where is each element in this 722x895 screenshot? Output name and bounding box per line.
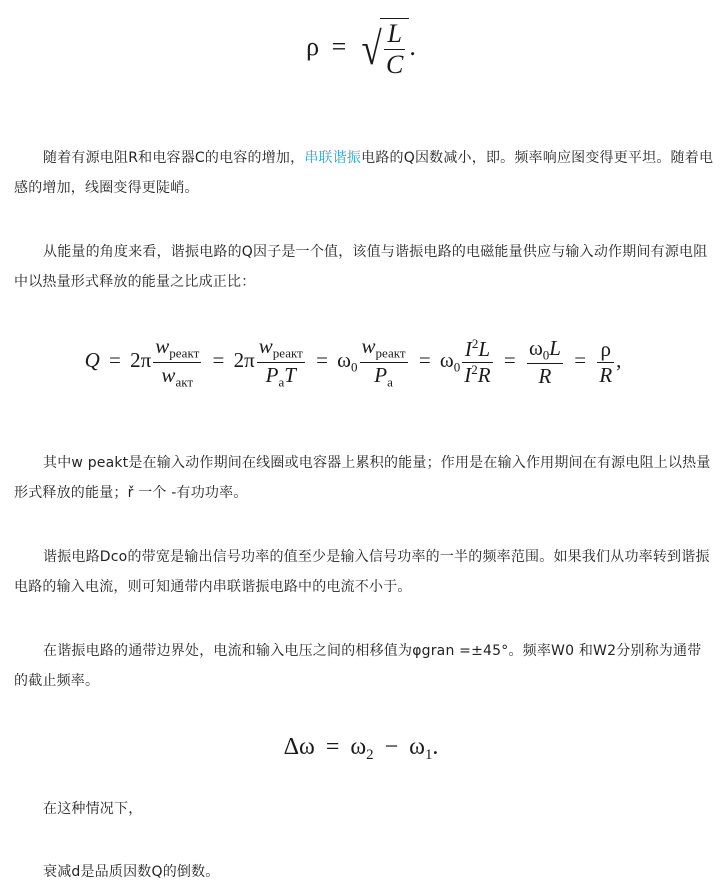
formula-characteristic-impedance: ρ = √ L C . [0, 18, 722, 80]
two-pi: 2π [130, 348, 151, 372]
l-symbol: L [478, 337, 490, 361]
link-series-resonance[interactable]: 串联谐振 [304, 150, 361, 166]
paragraph-attenuation: 衰减d是品质因数Q的倒数。 [14, 857, 714, 887]
numerator: L [384, 19, 405, 49]
period: . [432, 734, 438, 760]
square-root: √ L C [359, 18, 410, 80]
fraction-w0l-over-r: ω0L R [527, 336, 563, 389]
sqrt-icon: √ [361, 22, 381, 75]
equals-sign: = [109, 348, 121, 372]
equals-sign: = [332, 32, 347, 61]
paragraph-in-this-case: 在这种情况下， [14, 794, 714, 824]
paragraph-text: 随着有源电阻R和电容器C的电容的增加， [43, 150, 304, 166]
paragraph-passband-boundary: 在谐振电路的通带边界处，电流和输入电压之间的相移值为φgran =±45°。频率… [14, 636, 714, 696]
subscript-2: 2 [366, 747, 373, 763]
equals-sign: = [213, 348, 225, 372]
subscript-0: 0 [351, 359, 358, 374]
period: . [409, 32, 416, 61]
sqrt-body: L C [380, 18, 409, 80]
equals-sign: = [316, 348, 328, 372]
fraction-w-reakt-over-w-akt: wреакт wакт [153, 334, 201, 390]
r-symbol: R [539, 364, 552, 388]
w-symbol: w [155, 334, 169, 358]
q-symbol: Q [85, 348, 100, 372]
w-symbol: w [362, 334, 376, 358]
comma: , [616, 348, 621, 372]
equals-sign: = [574, 348, 586, 372]
subscript-reakt: реакт [169, 346, 199, 361]
paragraph-bandwidth: 谐振电路Dco的带宽是输出信号功率的值至少是输入信号功率的一半的频率范围。如果我… [14, 542, 714, 602]
equals-sign: = [326, 734, 340, 760]
subscript-0: 0 [454, 359, 461, 374]
rho-symbol: ρ [306, 32, 319, 61]
paragraph-energy-view: 从能量的角度来看，谐振电路的Q因子是一个值，该值与谐振电路的电磁能量供应与输入动… [14, 237, 714, 297]
two-pi: 2π [234, 348, 255, 372]
subscript-reakt: реакт [376, 346, 406, 361]
fraction-i2l-over-i2r: I2L I2R [462, 337, 492, 386]
w-symbol: w [259, 334, 273, 358]
fraction-l-over-c: L C [384, 19, 405, 80]
subscript-reakt: реакт [273, 346, 303, 361]
fraction-w-reakt-over-pa: wреакт Pа [360, 334, 408, 390]
subscript-a: а [387, 374, 393, 389]
rho-symbol: ρ [601, 337, 611, 361]
r-symbol: R [478, 363, 491, 387]
paragraph-w-reakt-definition: 其中w peakt是在输入动作期间在线圈或电容器上累积的能量；作用是在输入作用期… [14, 448, 714, 508]
i-symbol: I [465, 337, 472, 361]
l-symbol: L [549, 336, 561, 360]
delta-omega: Δω [284, 734, 315, 760]
fraction-rho-over-r: ρ R [597, 337, 614, 386]
equals-sign: = [419, 348, 431, 372]
t-symbol: T [284, 363, 296, 387]
omega-symbol: ω [529, 336, 543, 360]
formula-q-factor: Q = 2π wреакт wакт = 2π wреакт PаT = ω0 … [0, 334, 714, 390]
equals-sign: = [504, 348, 516, 372]
r-symbol: R [599, 363, 612, 387]
w-symbol: w [161, 363, 175, 387]
p-symbol: P [374, 363, 387, 387]
minus-sign: − [385, 734, 399, 760]
fraction-w-reakt-over-pa-t: wреакт PаT [257, 334, 305, 390]
omega-symbol: ω [440, 348, 454, 372]
omega-symbol: ω [409, 734, 425, 760]
denominator: C [384, 49, 405, 80]
omega-symbol: ω [350, 734, 366, 760]
formula-bandwidth: Δω = ω2 − ω1. [0, 734, 722, 764]
omega-symbol: ω [337, 348, 351, 372]
paragraph-q-factor-resistance: 随着有源电阻R和电容器C的电容的增加，串联谐振电路的Q因数减小，即。频率响应图变… [14, 143, 714, 203]
p-symbol: P [266, 363, 279, 387]
subscript-akt: акт [175, 374, 193, 389]
